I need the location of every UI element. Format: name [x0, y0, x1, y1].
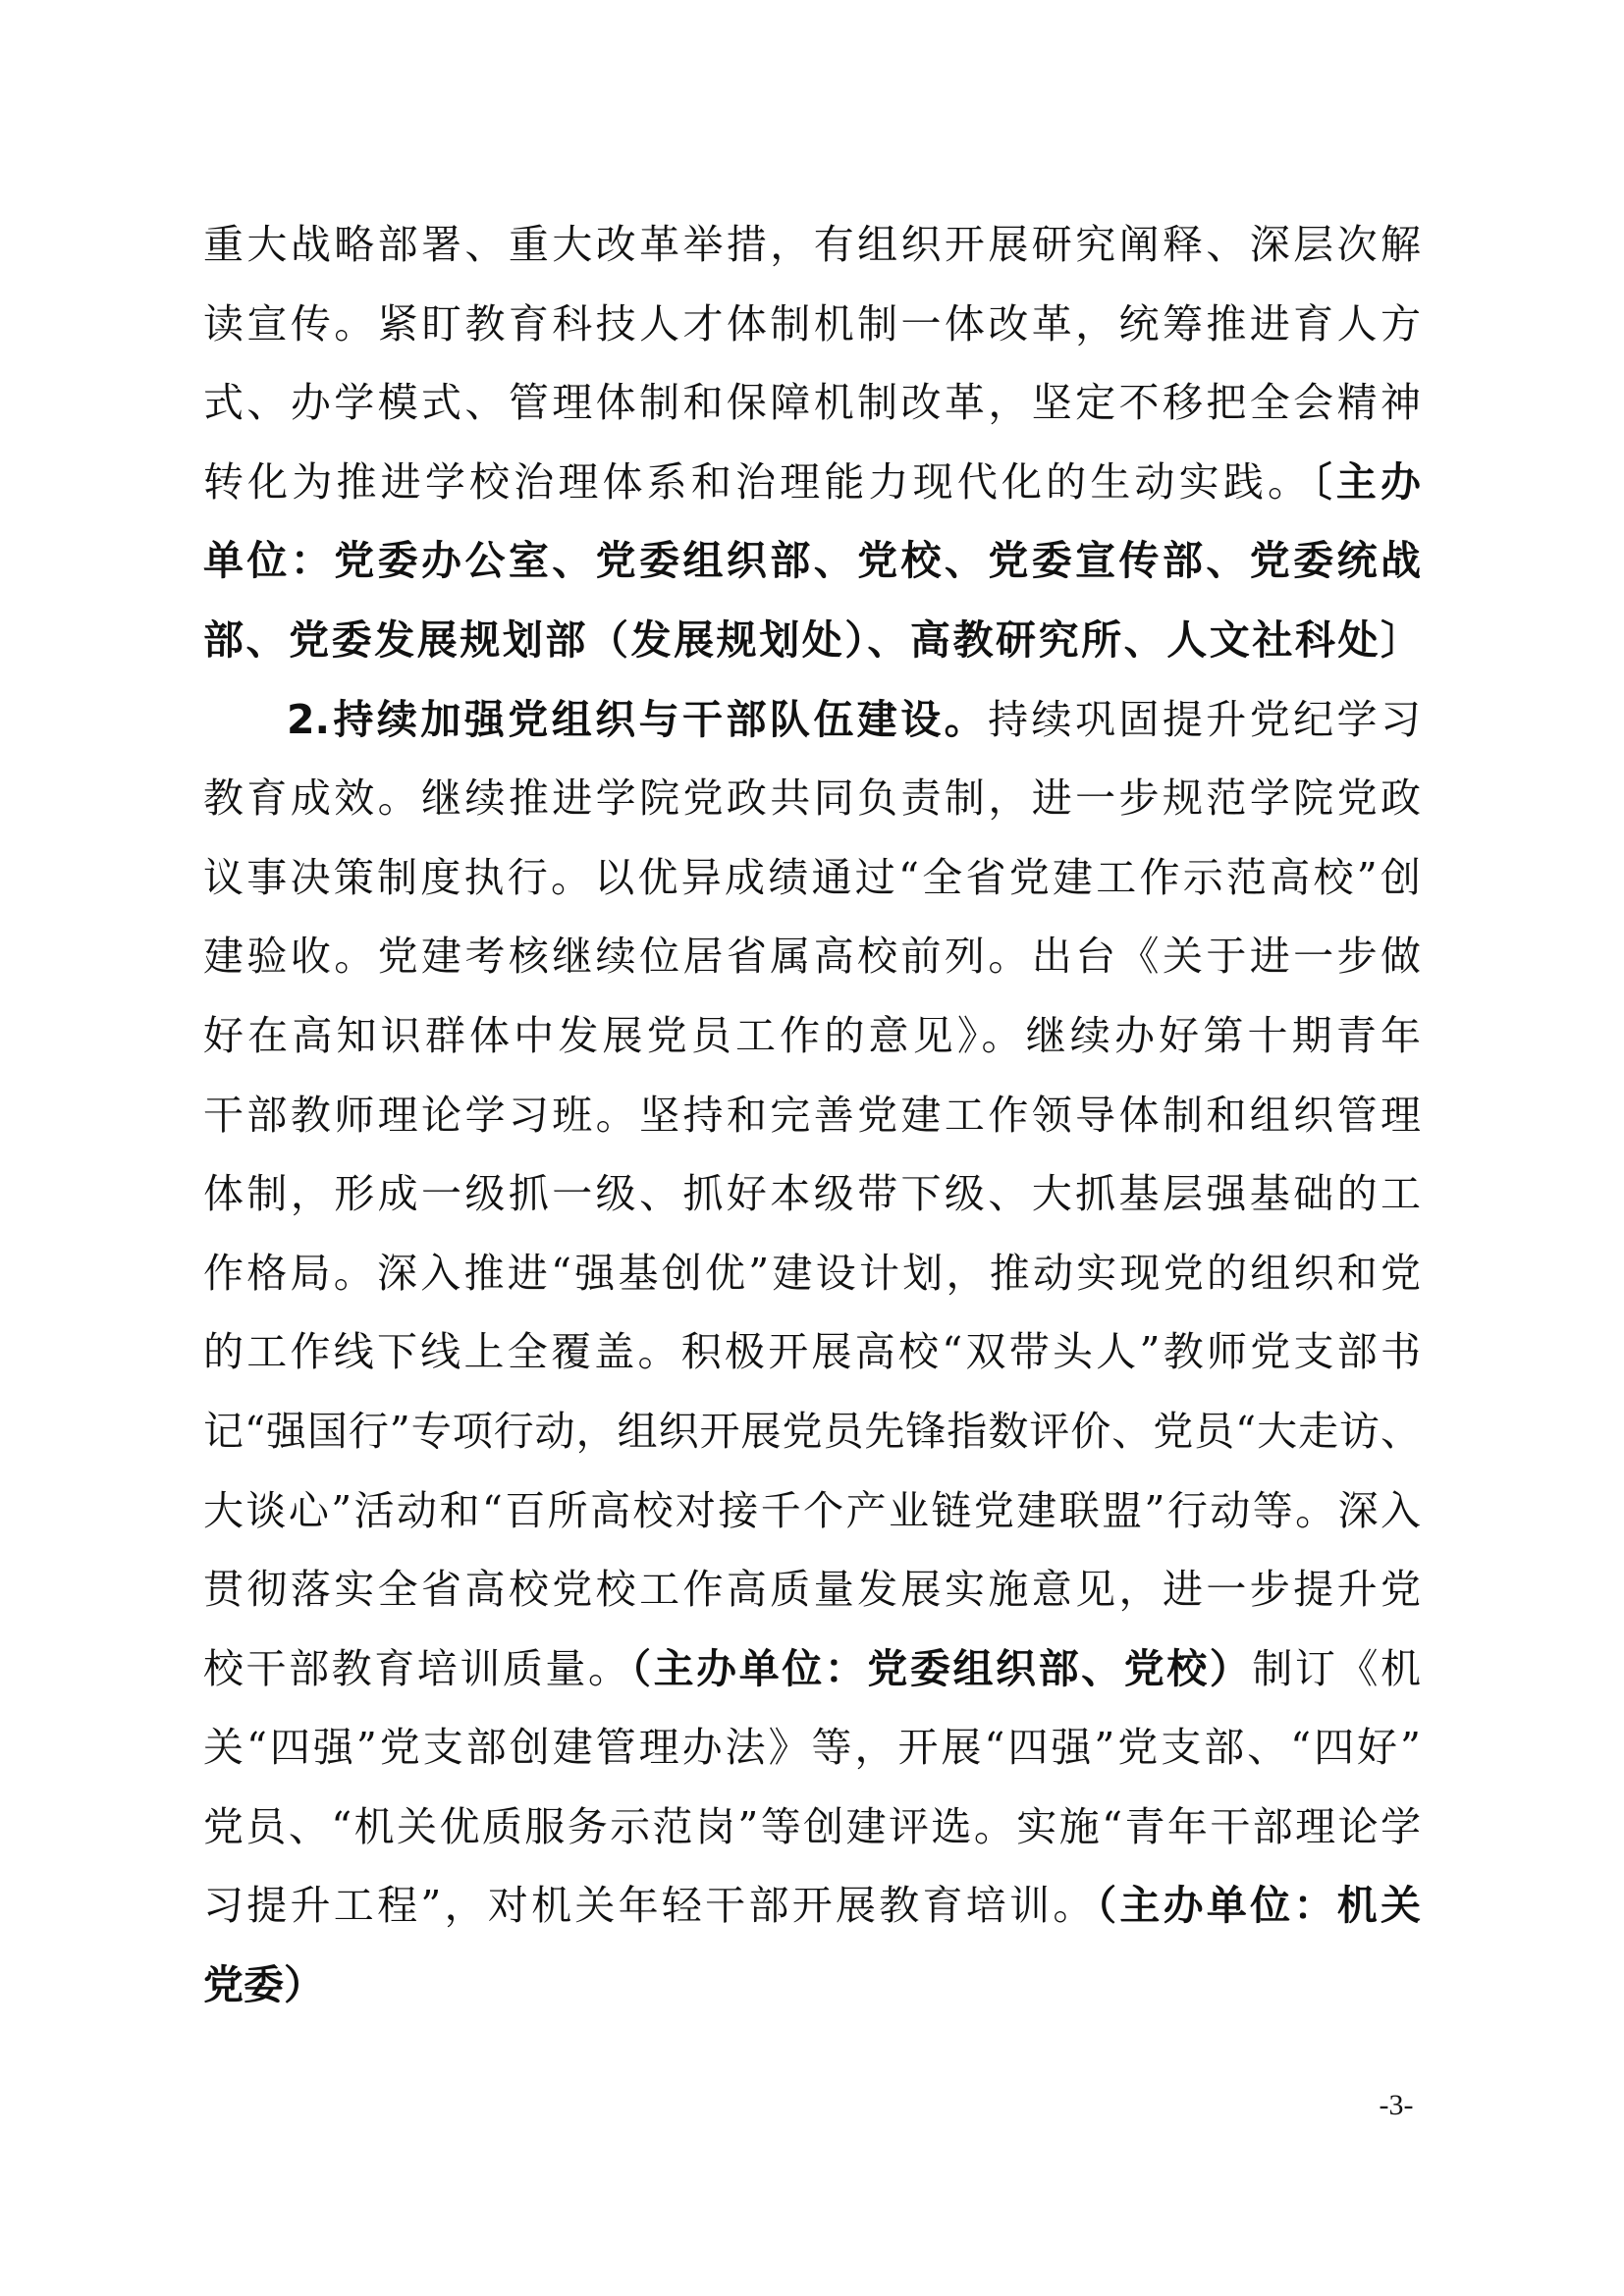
text-line: 大谈心”活动和“百所高校对接千个产业链党建联盟”行动等。深入: [203, 1480, 1421, 1560]
bold-text-run: 单位：党委办公室、党委组织部、党校、党委宣传部、党委统战: [203, 537, 1421, 584]
bold-text-run: 部、党委发展规划部（发展规划处）、高教研究所、人文社科处〕: [203, 616, 1421, 664]
text-run: 制订《机: [1252, 1645, 1421, 1692]
text-line: 作格局。深入推进“强基创优”建设计划，推动实现党的组织和党: [203, 1243, 1421, 1322]
page-number: -3-: [1365, 2089, 1428, 2122]
text-run: 习提升工程”，对机关年轻干部开展教育培训。: [203, 1882, 1097, 1929]
text-line: 的工作线下线上全覆盖。积极开展高校“双带头人”教师党支部书: [203, 1321, 1421, 1401]
paragraph-heading-line: 2.持续加强党组织与干部队伍建设。持续巩固提升党纪学习: [203, 689, 1421, 769]
text-run: 党员、“机关优质服务示范岗”等创建评选。实施“青年干部理论学: [203, 1803, 1421, 1850]
text-line: 单位：党委办公室、党委组织部、党校、党委宣传部、党委统战: [203, 530, 1421, 610]
text-run: 贯彻落实全省高校党校工作高质量发展实施意见，进一步提升党: [203, 1566, 1421, 1613]
text-run: 持续巩固提升党纪学习: [988, 696, 1421, 743]
text-run: 读宣传。紧盯教育科技人才体制机制一体改革，统筹推进育人方: [203, 300, 1421, 347]
text-line: 校干部教育培训质量。（主办单位：党委组织部、党校）制订《机: [203, 1638, 1421, 1718]
bold-text-run: 党委）: [203, 1961, 324, 2008]
bold-text-run: （主办单位：党委组织部、党校）: [631, 1645, 1253, 1692]
body-text: 重大战略部署、重大改革举措，有组织开展研究阐释、深层次解读宣传。紧盯教育科技人才…: [203, 214, 1421, 2034]
text-run: 作格局。深入推进“强基创优”建设计划，推动实现党的组织和党: [203, 1250, 1421, 1297]
text-run: 议事决策制度执行。以优异成绩通过“全省党建工作示范高校”创: [203, 854, 1421, 901]
text-line: 议事决策制度执行。以优异成绩通过“全省党建工作示范高校”创: [203, 847, 1421, 927]
text-line: 式、办学模式、管理体制和保障机制改革，坚定不移把全会精神: [203, 372, 1421, 452]
text-line: 习提升工程”，对机关年轻干部开展教育培训。（主办单位：机关: [203, 1875, 1421, 1954]
text-line: 关“四强”党支部创建管理办法》等，开展“四强”党支部、“四好”: [203, 1717, 1421, 1796]
text-line: 贯彻落实全省高校党校工作高质量发展实施意见，进一步提升党: [203, 1559, 1421, 1638]
text-line: 重大战略部署、重大改革举措，有组织开展研究阐释、深层次解: [203, 214, 1421, 294]
text-run: 重大战略部署、重大改革举措，有组织开展研究阐释、深层次解: [203, 221, 1421, 268]
text-run: 体制，形成一级抓一级、抓好本级带下级、大抓基层强基础的工: [203, 1170, 1421, 1217]
text-line: 教育成效。继续推进学院党政共同负责制，进一步规范学院党政: [203, 768, 1421, 847]
bold-text-run: （主办单位：机关: [1097, 1882, 1421, 1929]
text-line: 记“强国行”专项行动，组织开展党员先锋指数评价、党员“大走访、: [203, 1401, 1421, 1480]
text-line: 部、党委发展规划部（发展规划处）、高教研究所、人文社科处〕: [203, 610, 1421, 689]
text-line: 党委）: [203, 1954, 1421, 2034]
text-run: 关“四强”党支部创建管理办法》等，开展“四强”党支部、“四好”: [203, 1724, 1421, 1771]
text-line: 建验收。党建考核继续位居省属高校前列。出台《关于进一步做: [203, 926, 1421, 1005]
text-line: 体制，形成一级抓一级、抓好本级带下级、大抓基层强基础的工: [203, 1163, 1421, 1243]
text-line: 好在高知识群体中发展党员工作的意见》。继续办好第十期青年: [203, 1005, 1421, 1085]
text-run: 大谈心”活动和“百所高校对接千个产业链党建联盟”行动等。深入: [203, 1487, 1421, 1534]
text-line: 党员、“机关优质服务示范岗”等创建评选。实施“青年干部理论学: [203, 1796, 1421, 1876]
document-page: 重大战略部署、重大改革举措，有组织开展研究阐释、深层次解读宣传。紧盯教育科技人才…: [0, 0, 1624, 2296]
bold-text-run: 2.持续加强党组织与干部队伍建设。: [287, 696, 988, 743]
text-run: 转化为推进学校治理体系和治理能力现代化的生动实践。: [203, 458, 1312, 506]
text-run: 好在高知识群体中发展党员工作的意见》。继续办好第十期青年: [203, 1012, 1421, 1059]
text-run: 的工作线下线上全覆盖。积极开展高校“双带头人”教师党支部书: [203, 1328, 1421, 1375]
text-run: 校干部教育培训质量。: [203, 1645, 631, 1692]
text-run: 记“强国行”专项行动，组织开展党员先锋指数评价、党员“大走访、: [203, 1408, 1421, 1455]
text-run: 建验收。党建考核继续位居省属高校前列。出台《关于进一步做: [203, 933, 1421, 980]
text-run: 式、办学模式、管理体制和保障机制改革，坚定不移把全会精神: [203, 379, 1421, 426]
text-line: 读宣传。紧盯教育科技人才体制机制一体改革，统筹推进育人方: [203, 294, 1421, 373]
text-run: 教育成效。继续推进学院党政共同负责制，进一步规范学院党政: [203, 774, 1421, 822]
text-line: 转化为推进学校治理体系和治理能力现代化的生动实践。〔主办: [203, 452, 1421, 531]
text-line: 干部教师理论学习班。坚持和完善党建工作领导体制和组织管理: [203, 1085, 1421, 1164]
text-run: 干部教师理论学习班。坚持和完善党建工作领导体制和组织管理: [203, 1092, 1421, 1139]
bold-text-run: 〔主办: [1312, 458, 1421, 506]
